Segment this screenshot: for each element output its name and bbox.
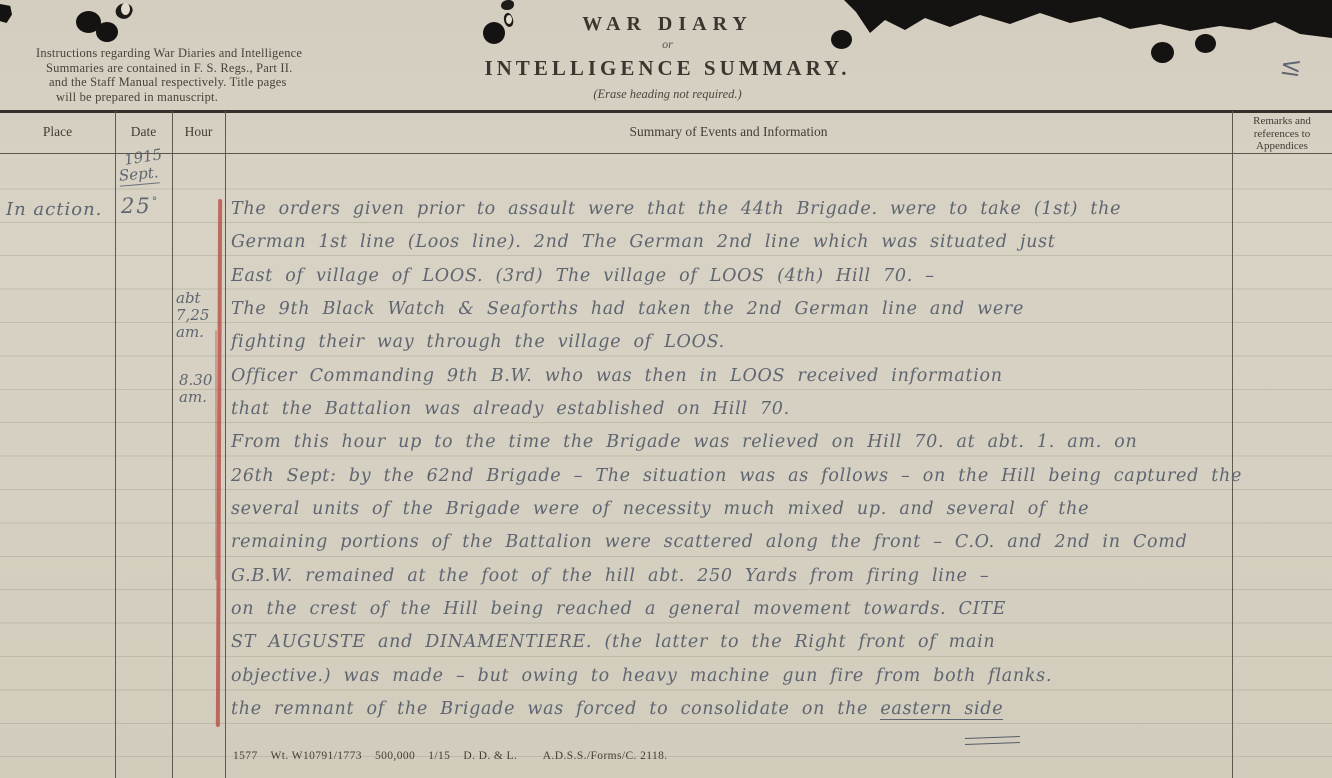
summary-line: Officer Commanding 9th B.W. who was then… <box>231 360 1231 393</box>
summary-line: ST AUGUSTE and DINAMENTIERE. (the latter… <box>231 626 1231 659</box>
summary-line: remaining portions of the Battalion were… <box>231 526 1231 559</box>
summary-line: The orders given prior to assault were t… <box>231 193 1231 226</box>
form-title-intelligence-summary: INTELLIGENCE SUMMARY. <box>440 56 895 81</box>
column-divider-hour-summary <box>225 111 226 778</box>
summary-line: German 1st line (Loos line). 2nd The Ger… <box>231 226 1231 259</box>
entry-hour-1: abt 7,25 am. <box>176 290 224 341</box>
form-title-or: or <box>440 37 895 52</box>
summary-line-last: the remnant of the Brigade was forced to… <box>231 693 1231 726</box>
column-divider-summary-remarks <box>1232 111 1233 778</box>
torn-corner-fragment <box>0 4 12 23</box>
summary-line: From this hour up to the time the Brigad… <box>231 426 1231 459</box>
entry-date-day-suffix: ° <box>152 195 160 208</box>
column-header-remarks: Remarks and references to Appendices <box>1232 115 1332 153</box>
entry-hour-2: 8.30 am. <box>179 372 227 406</box>
column-header-hour: Hour <box>172 124 225 140</box>
paper-tear-highlight <box>121 3 130 15</box>
punch-hole <box>1195 34 1216 53</box>
column-header-date: Date <box>115 124 172 140</box>
summary-last-pre: the remnant of the Brigade was forced to… <box>231 699 880 719</box>
summary-line: The 9th Black Watch & Seaforths had take… <box>231 293 1231 326</box>
entry-date-day-number: 25 <box>121 194 152 218</box>
column-divider-place-date <box>115 111 116 778</box>
summary-line: G.B.W. remained at the foot of the hill … <box>231 560 1231 593</box>
column-divider-date-hour <box>172 111 173 778</box>
table-header-bottom-rule <box>0 153 1332 154</box>
form-instructions-line: Instructions regarding War Diaries and I… <box>36 46 381 61</box>
summary-last-underlined: eastern side <box>880 699 1003 720</box>
summary-line: East of village of LOOS. (3rd) The villa… <box>231 260 1231 293</box>
punch-hole <box>96 22 118 42</box>
entry-place: In action. <box>6 199 114 220</box>
printer-imprint: 1577 Wt. W10791/1773 500,000 1/15 D. D. … <box>233 750 668 762</box>
form-instructions-line: and the Staff Manual respectively. Title… <box>36 75 381 90</box>
column-header-place: Place <box>0 124 115 140</box>
entry-summary-text: The orders given prior to assault were t… <box>231 193 1231 727</box>
entry-date-month: Sept. <box>118 163 159 186</box>
torn-paper-edge <box>830 0 1332 44</box>
paper-tear <box>501 0 514 10</box>
form-instructions-line: will be prepared in manuscript. <box>36 90 381 105</box>
form-instructions-line: Summaries are contained in F. S. Regs., … <box>36 61 381 76</box>
punch-hole <box>1151 42 1174 63</box>
summary-line: fighting their way through the village o… <box>231 326 1231 359</box>
pencil-annotation: ≤ <box>1278 51 1304 84</box>
summary-line: that the Battalion was already establish… <box>231 393 1231 426</box>
red-margin-line-overlay <box>215 330 217 580</box>
war-diary-page: Instructions regarding War Diaries and I… <box>0 0 1332 778</box>
summary-line: objective.) was made – but owing to heav… <box>231 660 1231 693</box>
form-instructions: Instructions regarding War Diaries and I… <box>36 46 381 104</box>
form-title-war-diary: WAR DIARY <box>440 13 895 36</box>
form-title-erase-note: (Erase heading not required.) <box>440 87 895 102</box>
column-header-summary: Summary of Events and Information <box>225 124 1232 140</box>
form-title-block: WAR DIARY or INTELLIGENCE SUMMARY. (Eras… <box>440 13 895 102</box>
summary-line: several units of the Brigade were of nec… <box>231 493 1231 526</box>
summary-line: 26th Sept: by the 62nd Brigade – The sit… <box>231 460 1231 493</box>
entry-date-day: 25° <box>121 194 159 218</box>
table-top-rule <box>0 110 1332 113</box>
summary-line: on the crest of the Hill being reached a… <box>231 593 1231 626</box>
